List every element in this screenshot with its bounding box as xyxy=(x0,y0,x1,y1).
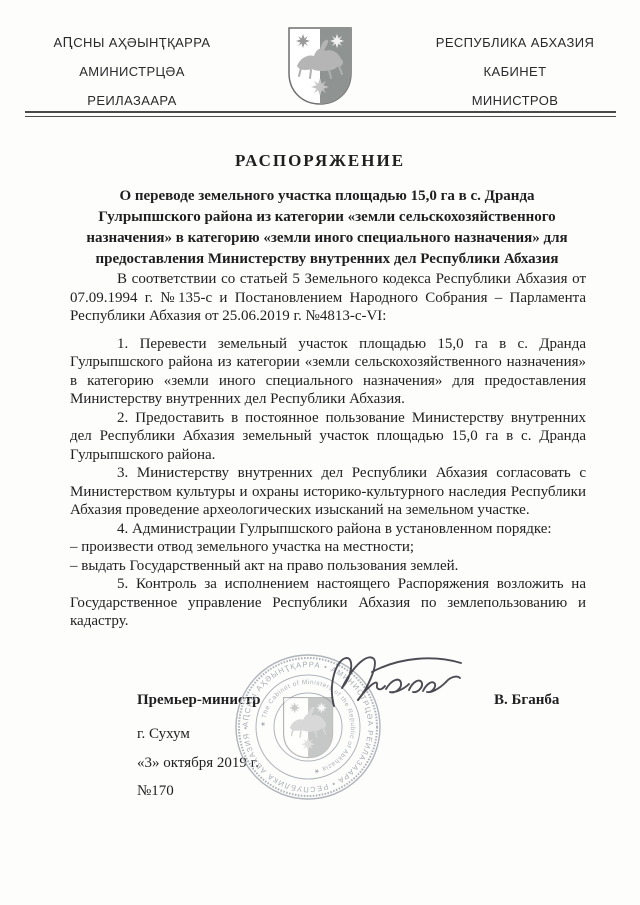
letterhead-russian: РЕСПУБЛИКА АБХАЗИЯ КАБИНЕТ МИНИСТРОВ xyxy=(408,28,622,115)
handwritten-signature-icon xyxy=(320,648,470,720)
signer-name: В. Бганба xyxy=(494,692,559,709)
document-number: №170 xyxy=(137,783,174,800)
decree-item-4-sub-2: – выдать Государственный акт на право по… xyxy=(70,557,586,576)
signature-city: г. Сухум xyxy=(137,726,190,743)
decree-item-3: 3. Министерству внутренних дел Республик… xyxy=(70,464,586,520)
decree-item-2: 2. Предоставить в постоянное пользование… xyxy=(70,409,586,465)
decree-item-4: 4. Администрации Гулрыпшского района в у… xyxy=(70,520,586,539)
letterhead-abkhaz-line-2: АМИНИСТРЦӘА xyxy=(2,57,262,86)
letterhead-abkhaz: АԤСНЫ АҲӘЫНҬҚАРРА АМИНИСТРЦӘА РЕИЛАЗААРА xyxy=(2,28,262,115)
decree-item-1: 1. Перевести земельный участок площадью … xyxy=(70,335,586,409)
document-body: В соответствии со статьей 5 Земельного к… xyxy=(70,270,586,631)
intro-paragraph: В соответствии со статьей 5 Земельного к… xyxy=(70,270,586,326)
letterhead-abkhaz-line-1: АԤСНЫ АҲӘЫНҬҚАРРА xyxy=(2,28,262,57)
letterhead-russian-line-2: КАБИНЕТ xyxy=(408,57,622,86)
decree-item-4-sub-1: – произвести отвод земельного участка на… xyxy=(70,538,586,557)
decree-document-page: АԤСНЫ АҲӘЫНҬҚАРРА АМИНИСТРЦӘА РЕИЛАЗААРА xyxy=(0,0,640,905)
letterhead-russian-line-1: РЕСПУБЛИКА АБХАЗИЯ xyxy=(408,28,622,57)
decree-item-5: 5. Контроль за исполнением настоящего Ра… xyxy=(70,575,586,631)
letterhead-divider xyxy=(25,111,616,117)
document-subject: О переводе земельного участка площадью 1… xyxy=(84,186,570,270)
abkhazia-coat-of-arms-icon xyxy=(287,26,353,106)
document-title: РАСПОРЯЖЕНИЕ xyxy=(0,151,640,171)
